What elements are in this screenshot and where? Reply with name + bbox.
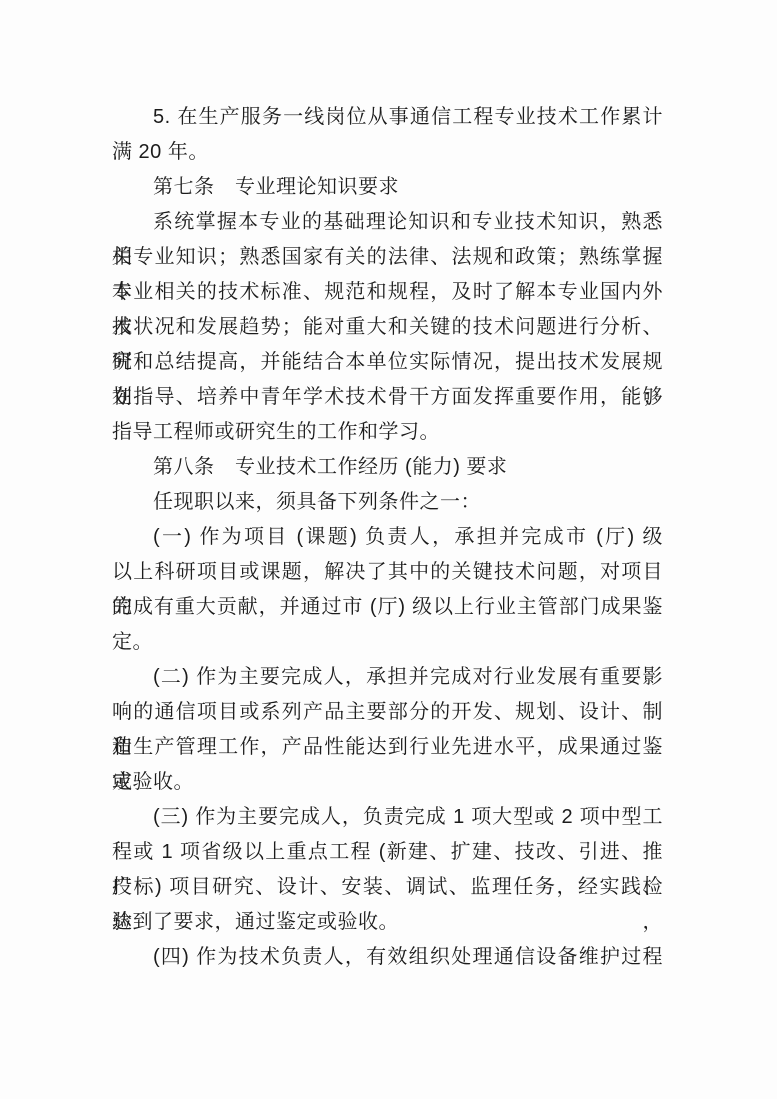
text-line: (一) 作为项目 (课题) 负责人，承担并完成市 (厅) 级 xyxy=(112,520,663,555)
text-line: 指导工程师或研究生的工作和学习。 xyxy=(112,415,663,450)
text-line: 在指导、培养中青年学术技术骨干方面发挥重要作用，能够 xyxy=(112,380,663,415)
text-line: 究和总结提高，并能结合本单位实际情况，提出技术发展规划； xyxy=(112,345,663,380)
text-line: 或验收。 xyxy=(112,765,663,800)
text-line: 和生产管理工作，产品性能达到行业先进水平，成果通过鉴定 xyxy=(112,730,663,765)
text-line: 响的通信项目或系列产品主要部分的开发、规划、设计、制造 xyxy=(112,695,663,730)
text-line: 完成有重大贡献，并通过市 (厅) 级以上行业主管部门成果鉴 xyxy=(112,590,663,625)
document-text-block: 5. 在生产服务一线岗位从事通信工程专业技术工作累计 满 20 年。 第七条 专… xyxy=(112,100,663,975)
text-line: 以上科研项目或课题，解决了其中的关键技术问题，对项目的 xyxy=(112,555,663,590)
section-heading: 第八条 专业技术工作经历 (能力) 要求 xyxy=(112,450,663,485)
text-line: 投标) 项目研究、设计、安装、调试、监理任务，经实践检验， xyxy=(112,870,663,905)
document-page: 5. 在生产服务一线岗位从事通信工程专业技术工作累计 满 20 年。 第七条 专… xyxy=(0,0,777,1099)
text-line: (四) 作为技术负责人，有效组织处理通信设备维护过程 xyxy=(112,940,663,975)
text-line: 系统掌握本专业的基础理论知识和专业技术知识，熟悉相 xyxy=(112,205,663,240)
text-line: 程或 1 项省级以上重点工程 (新建、扩建、技改、引进、推广、 xyxy=(112,835,663,870)
section-heading: 第七条 专业理论知识要求 xyxy=(112,170,663,205)
text-line: 5. 在生产服务一线岗位从事通信工程专业技术工作累计 xyxy=(112,100,663,135)
text-line: 专业相关的技术标准、规范和规程，及时了解本专业国内外技 xyxy=(112,275,663,310)
text-line: 术状况和发展趋势；能对重大和关键的技术问题进行分析、研 xyxy=(112,310,663,345)
text-line: (二) 作为主要完成人，承担并完成对行业发展有重要影 xyxy=(112,660,663,695)
text-line: 定。 xyxy=(112,625,663,660)
text-line: (三) 作为主要完成人，负责完成 1 项大型或 2 项中型工 xyxy=(112,800,663,835)
text-line: 任现职以来，须具备下列条件之一： xyxy=(112,485,663,520)
text-line: 满 20 年。 xyxy=(112,135,663,170)
text-line: 关专业知识；熟悉国家有关的法律、法规和政策；熟练掌握本 xyxy=(112,240,663,275)
